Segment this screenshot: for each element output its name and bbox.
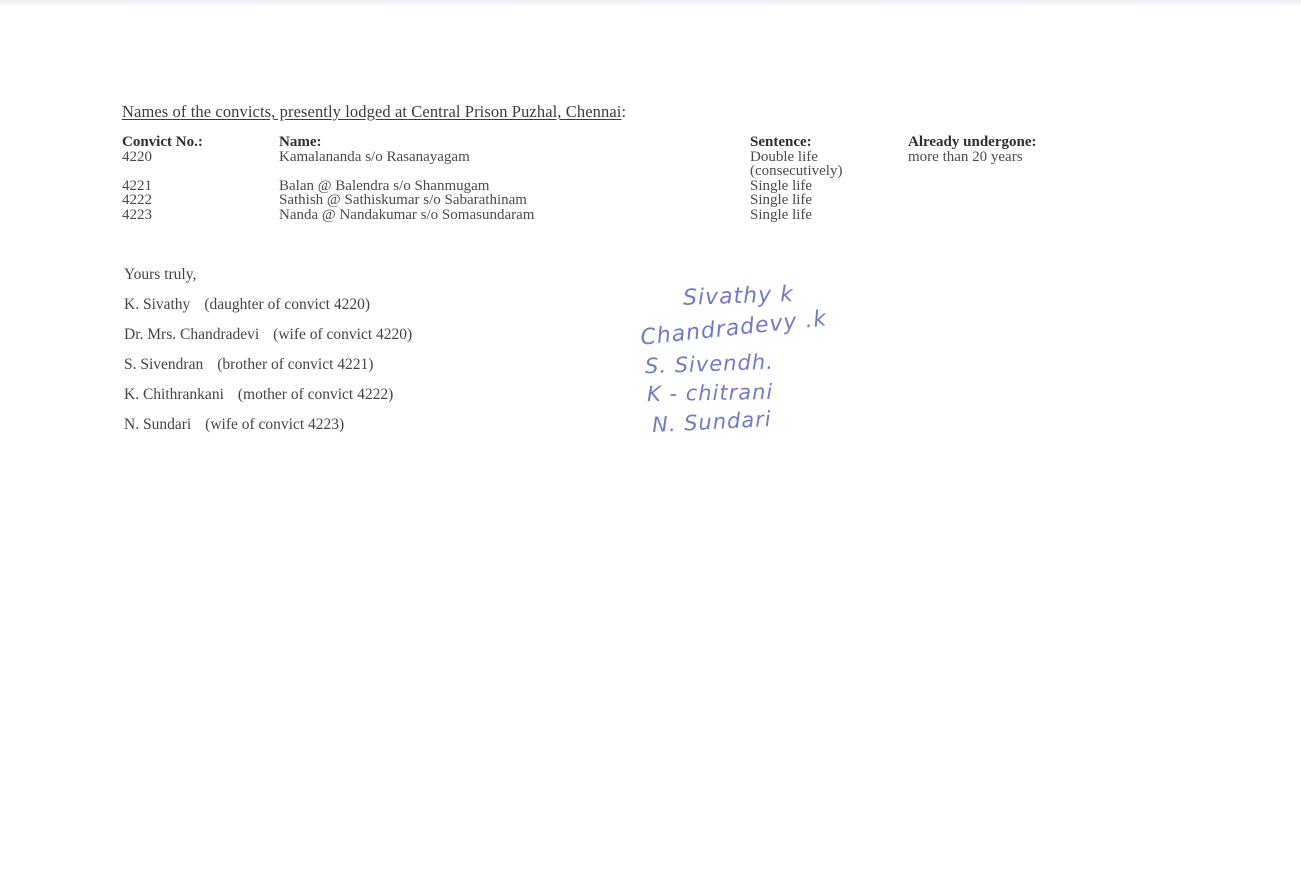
signatory-name: Dr. Mrs. Chandradevi (124, 326, 259, 343)
signatory: K. Chithrankani(mother of convict 4222) (124, 386, 412, 416)
convict-sentence: Double life (750, 150, 818, 165)
convict-name: Sathish @ Sathiskumar s/o Sabarathinam (279, 193, 527, 208)
closing-salutation: Yours truly, (124, 266, 196, 284)
signatory-relation: (brother of convict 4221) (217, 356, 373, 373)
handwritten-signature: Sivathy k (683, 282, 795, 311)
convict-name: Kamalananda s/o Rasanayagam (279, 150, 470, 165)
handwritten-signature: S. Sivendh. (645, 350, 775, 378)
signatory-name: N. Sundari (124, 416, 191, 433)
signatory: K. Sivathy(daughter of convict 4220) (124, 296, 412, 326)
signatory-name: K. Chithrankani (124, 386, 224, 403)
heading-text: Names of the convicts, presently lodged … (122, 102, 621, 121)
header-sentence: Sentence: (750, 135, 812, 150)
convict-no: 4221 (122, 179, 152, 194)
header-convict-no: Convict No.: (122, 135, 203, 150)
convict-no: 4223 (122, 208, 152, 223)
convict-sentence: Single life (750, 179, 812, 194)
convict-no: 4220 (122, 150, 152, 165)
heading-colon: : (621, 102, 626, 121)
convict-sentence: Single life (750, 208, 812, 223)
signatory-name: K. Sivathy (124, 296, 190, 313)
signatory: S. Sivendran(brother of convict 4221) (124, 356, 412, 386)
convict-already-undergone: more than 20 years (908, 150, 1023, 165)
convict-no: 4222 (122, 193, 152, 208)
signatory-relation: (wife of convict 4220) (273, 326, 412, 343)
document-heading: Names of the convicts, presently lodged … (122, 102, 626, 122)
signatory-relation: (daughter of convict 4220) (204, 296, 370, 313)
convict-name: Balan @ Balendra s/o Shanmugam (279, 179, 489, 194)
convict-sentence-continuation: (consecutively) (750, 164, 842, 179)
signatory: Dr. Mrs. Chandradevi(wife of convict 422… (124, 326, 412, 356)
signatory-relation: (wife of convict 4223) (205, 416, 344, 433)
handwritten-signature: N. Sundari (651, 407, 772, 437)
document-page: Names of the convicts, presently lodged … (0, 0, 1301, 881)
convict-sentence: Single life (750, 193, 812, 208)
header-name: Name: (279, 135, 321, 150)
header-already-undergone: Already undergone: (908, 135, 1036, 150)
signatory-name: S. Sivendran (124, 356, 203, 373)
signatory-relation: (mother of convict 4222) (238, 386, 393, 403)
convict-name: Nanda @ Nandakumar s/o Somasundaram (279, 208, 534, 223)
handwritten-signature: K - chitrani (647, 380, 774, 406)
signatory: N. Sundari(wife of convict 4223) (124, 416, 412, 446)
handwritten-signature: Chandradevy .k (639, 306, 828, 350)
signatories-list: K. Sivathy(daughter of convict 4220) Dr.… (124, 296, 412, 446)
